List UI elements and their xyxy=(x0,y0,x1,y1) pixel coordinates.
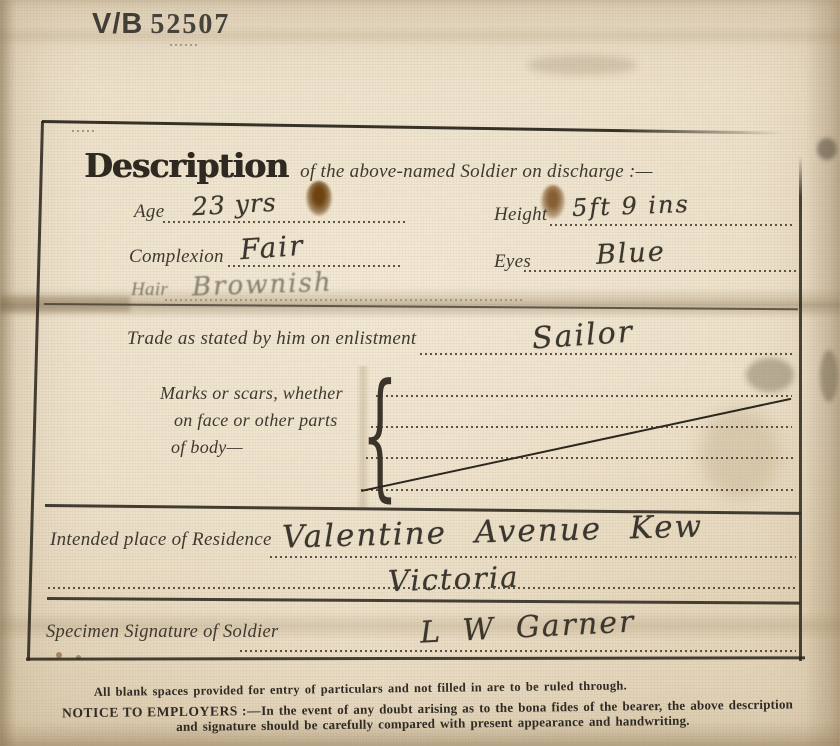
scanned-discharge-document: V/B52507 Description of the above-named … xyxy=(0,0,840,746)
blank-spaces-note: All blank spaces provided for entry of p… xyxy=(94,678,627,700)
footer-notices: All blank spaces provided for entry of p… xyxy=(0,0,840,746)
